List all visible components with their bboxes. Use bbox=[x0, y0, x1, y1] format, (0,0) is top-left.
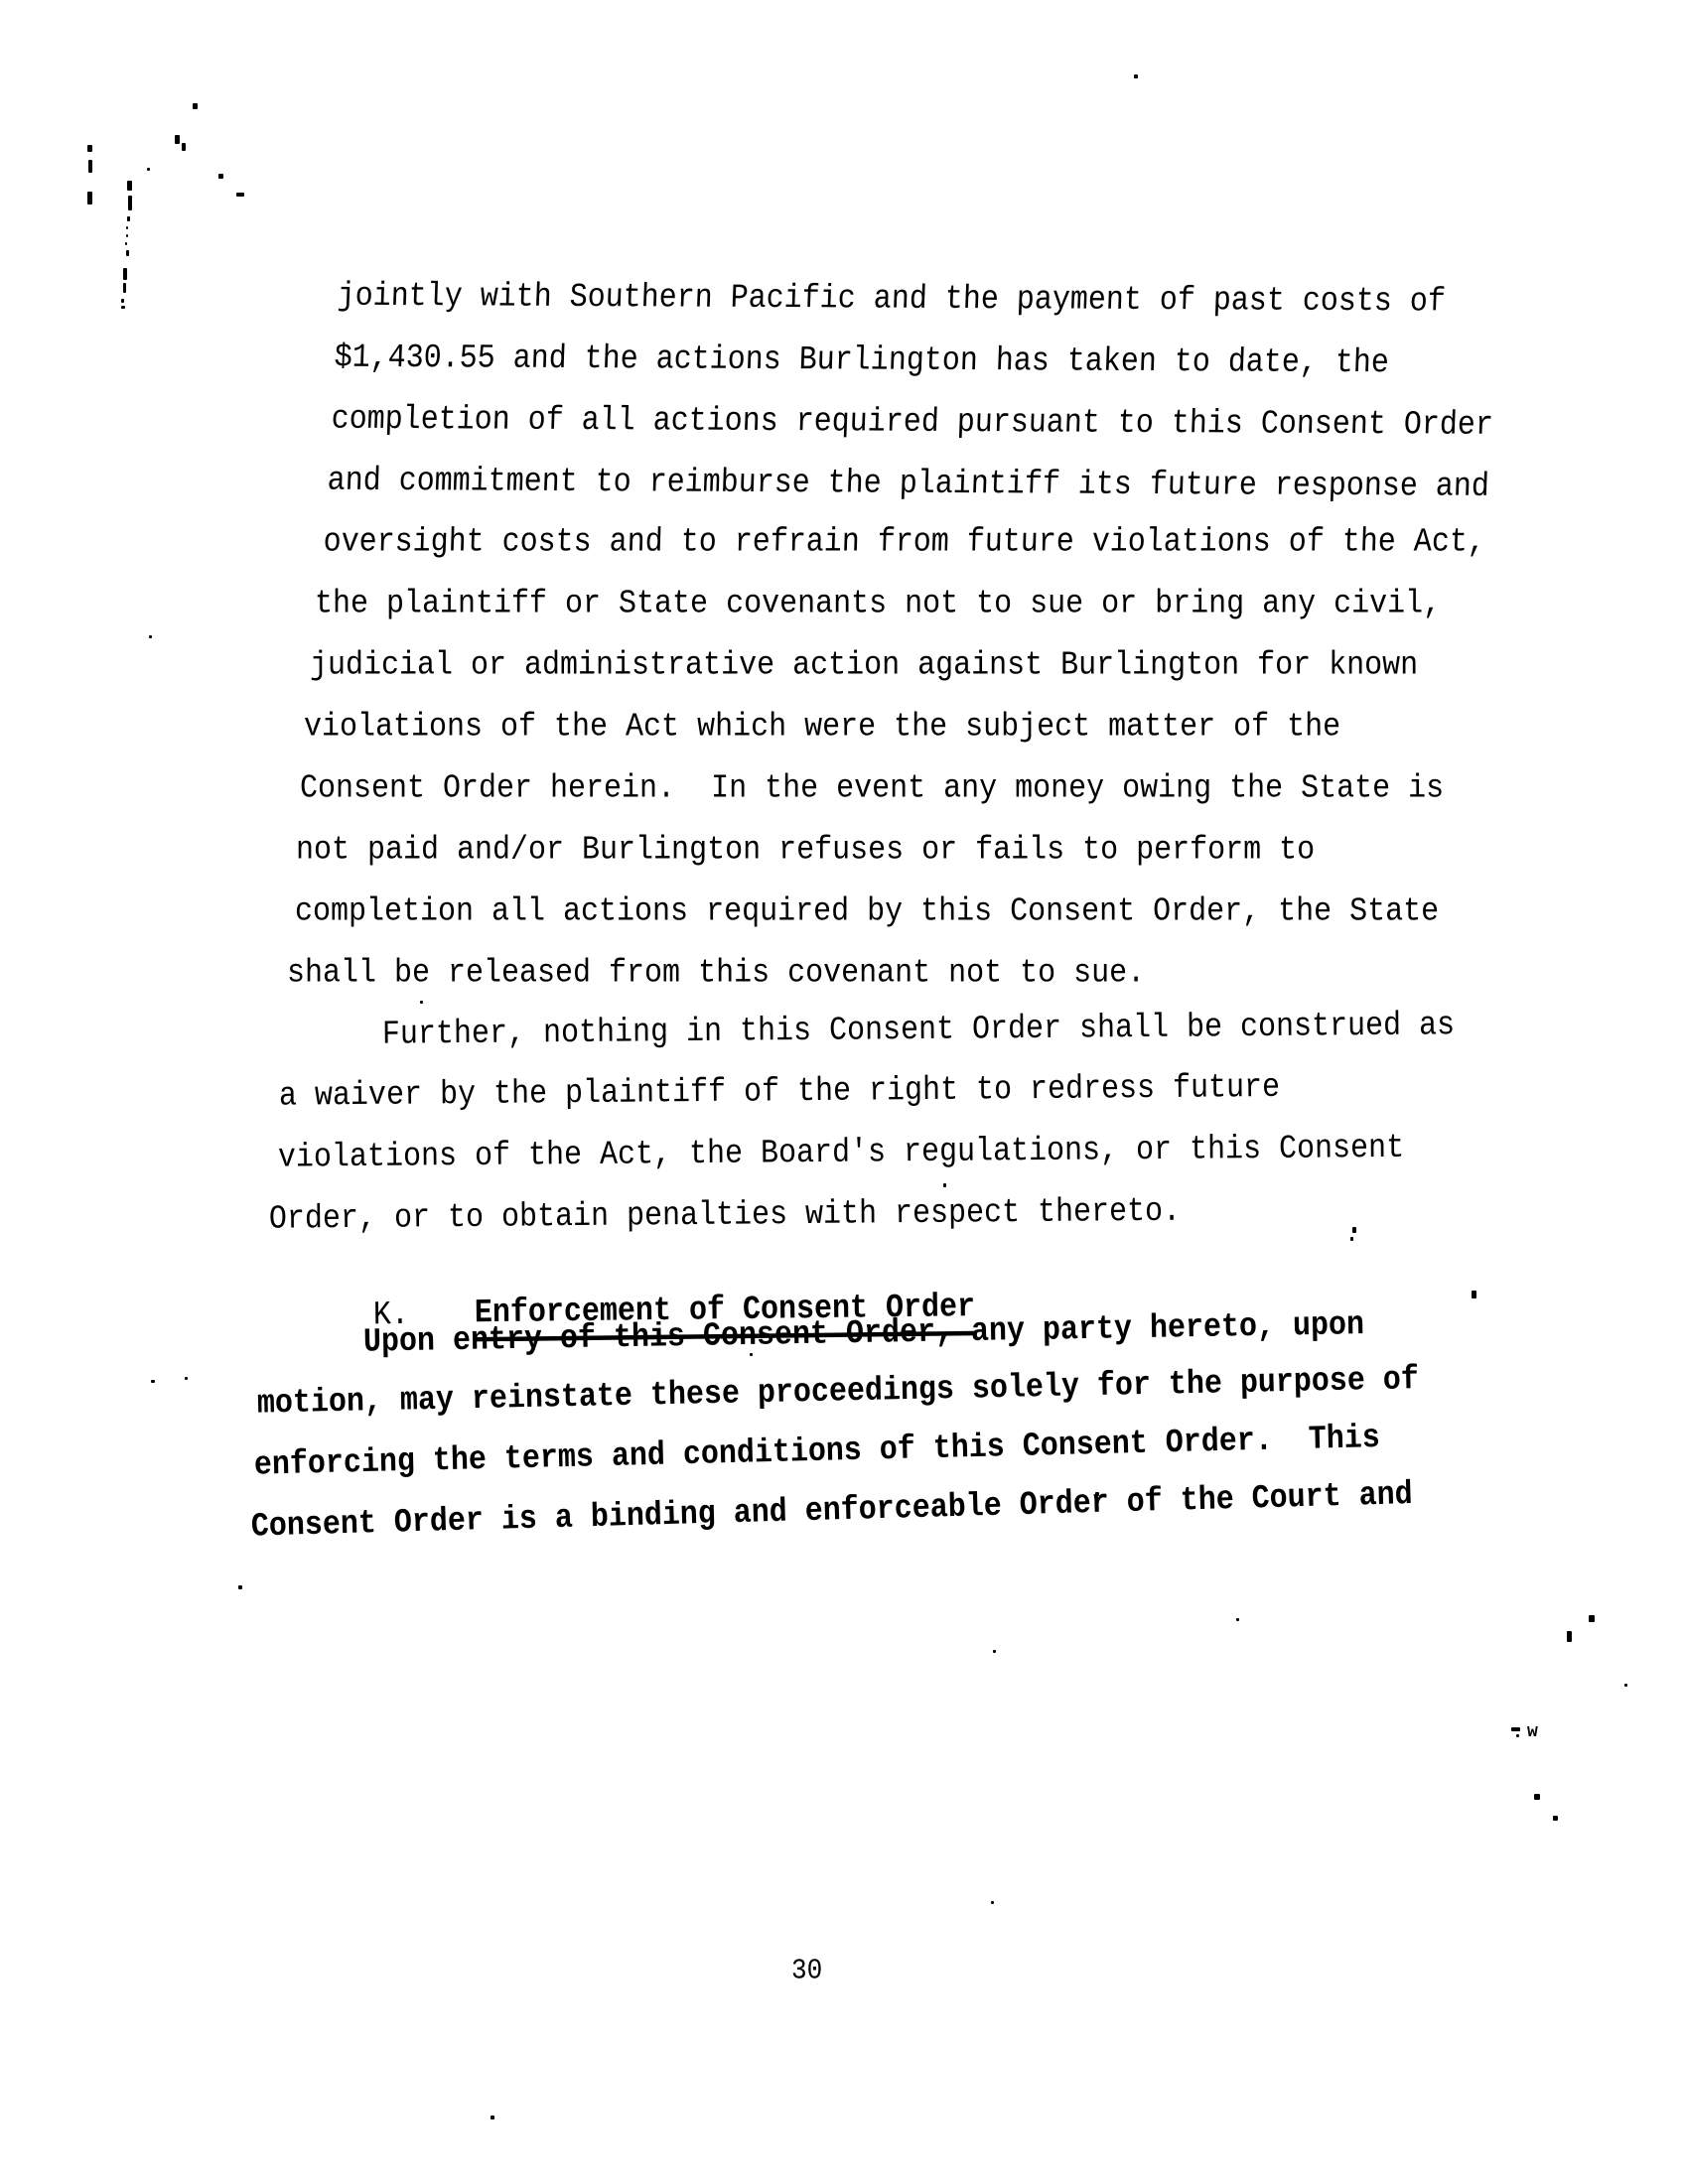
text-line-content: judicial or administrative action agains… bbox=[310, 646, 1418, 686]
scan-speck bbox=[87, 192, 92, 205]
text-line: the plaintiff or State covenants not to … bbox=[315, 589, 1441, 624]
text-line: completion all actions required by this … bbox=[295, 896, 1439, 932]
text-line-content: Further, nothing in this Consent Order s… bbox=[382, 1006, 1455, 1055]
scan-speck bbox=[193, 103, 198, 109]
scan-speck bbox=[127, 181, 132, 191]
scan-speck bbox=[182, 143, 186, 151]
scan-speck bbox=[1553, 1816, 1558, 1821]
scan-speck bbox=[991, 1901, 994, 1904]
scan-speck bbox=[126, 234, 128, 237]
text-line-content: Consent Order is a binding and enforceab… bbox=[250, 1475, 1413, 1548]
text-line-content: Consent Order herein. In the event any m… bbox=[300, 769, 1444, 809]
scan-speck bbox=[125, 242, 127, 245]
scan-speck bbox=[1589, 1615, 1595, 1622]
scan-speck bbox=[993, 1650, 996, 1653]
text-line-content: enforcing the terms and conditions of th… bbox=[253, 1419, 1380, 1486]
text-line: oversight costs and to refrain from futu… bbox=[323, 527, 1484, 563]
text-line: $1,430.55 and the actions Burlington has… bbox=[334, 342, 1388, 384]
scan-speck bbox=[1534, 1794, 1540, 1800]
text-line-content: oversight costs and to refrain from futu… bbox=[323, 523, 1485, 563]
text-line: jointly with Southern Pacific and the pa… bbox=[337, 281, 1445, 323]
scan-speck bbox=[238, 1585, 242, 1589]
text-line-content: a waiver by the plaintiff of the right t… bbox=[279, 1068, 1280, 1117]
scan-speck bbox=[87, 145, 92, 152]
scan-speck bbox=[1511, 1727, 1520, 1731]
scan-speck bbox=[491, 2116, 494, 2119]
scan-speck bbox=[151, 1380, 155, 1383]
scan-speck bbox=[149, 635, 152, 638]
scan-speck bbox=[1134, 74, 1138, 78]
text-line-content: Order, or to obtain penalties with respe… bbox=[269, 1192, 1181, 1240]
scanned-document-page: w jointly with Southern Pacific and the … bbox=[0, 0, 1684, 2184]
scan-speck bbox=[88, 160, 92, 173]
text-line: and commitment to reimburse the plaintif… bbox=[327, 466, 1488, 507]
scan-speck bbox=[126, 226, 128, 229]
scan-speck bbox=[236, 193, 244, 197]
scan-speck bbox=[1624, 1684, 1627, 1687]
scan-speck bbox=[123, 283, 126, 293]
text-line: Order, or to obtain penalties with respe… bbox=[269, 1196, 1181, 1240]
text-line: violations of the Act, the Board's regul… bbox=[278, 1133, 1404, 1178]
text-line: judicial or administrative action agains… bbox=[310, 650, 1418, 686]
scan-speck bbox=[175, 135, 180, 144]
scan-speck bbox=[1567, 1631, 1572, 1642]
scan-speck bbox=[1352, 1227, 1356, 1233]
scan-speck bbox=[185, 1377, 188, 1380]
text-line: Consent Order herein. In the event any m… bbox=[300, 773, 1444, 809]
text-line-content: completion of all actions required pursu… bbox=[331, 400, 1494, 446]
text-line-content: completion all actions required by this … bbox=[295, 892, 1439, 932]
text-line-content: the plaintiff or State covenants not to … bbox=[315, 585, 1441, 624]
page-number: 30 bbox=[791, 1957, 822, 1985]
text-line: not paid and/or Burlington refuses or fa… bbox=[296, 835, 1315, 871]
scan-speck bbox=[943, 1183, 946, 1187]
text-line-content: violations of the Act, the Board's regul… bbox=[278, 1129, 1404, 1178]
text-line: shall be released from this covenant not… bbox=[287, 958, 1145, 994]
text-line-content: jointly with Southern Pacific and the pa… bbox=[337, 277, 1447, 323]
scan-speck bbox=[420, 1001, 423, 1004]
scan-speck bbox=[121, 306, 125, 309]
scan-speck bbox=[123, 268, 127, 280]
text-line: enforcing the terms and conditions of th… bbox=[254, 1423, 1381, 1486]
scan-speck bbox=[126, 250, 129, 256]
scan-speck bbox=[147, 168, 150, 171]
scan-speck bbox=[121, 299, 124, 303]
scan-speck bbox=[1236, 1618, 1239, 1621]
text-line: violations of the Act which were the sub… bbox=[304, 712, 1340, 748]
scan-speck bbox=[1472, 1291, 1476, 1298]
text-line: a waiver by the plaintiff of the right t… bbox=[279, 1072, 1280, 1117]
scan-speck bbox=[218, 174, 223, 179]
scan-mark: w bbox=[1527, 1723, 1543, 1737]
text-line-content: not paid and/or Burlington refuses or fa… bbox=[296, 831, 1315, 871]
scan-speck bbox=[1350, 1237, 1353, 1241]
scan-speck bbox=[127, 216, 130, 221]
text-line-content: and commitment to reimburse the plaintif… bbox=[327, 462, 1490, 507]
text-line: Further, nothing in this Consent Order s… bbox=[382, 1011, 1455, 1055]
scan-speck bbox=[128, 196, 132, 210]
text-line-content: shall be released from this covenant not… bbox=[287, 954, 1145, 994]
text-line-content: violations of the Act which were the sub… bbox=[304, 708, 1340, 748]
text-line: completion of all actions required pursu… bbox=[331, 404, 1492, 446]
text-line-content: $1,430.55 and the actions Burlington has… bbox=[334, 339, 1390, 384]
scan-speck bbox=[1516, 1734, 1519, 1737]
text-line: Consent Order is a binding and enforceab… bbox=[250, 1479, 1413, 1548]
